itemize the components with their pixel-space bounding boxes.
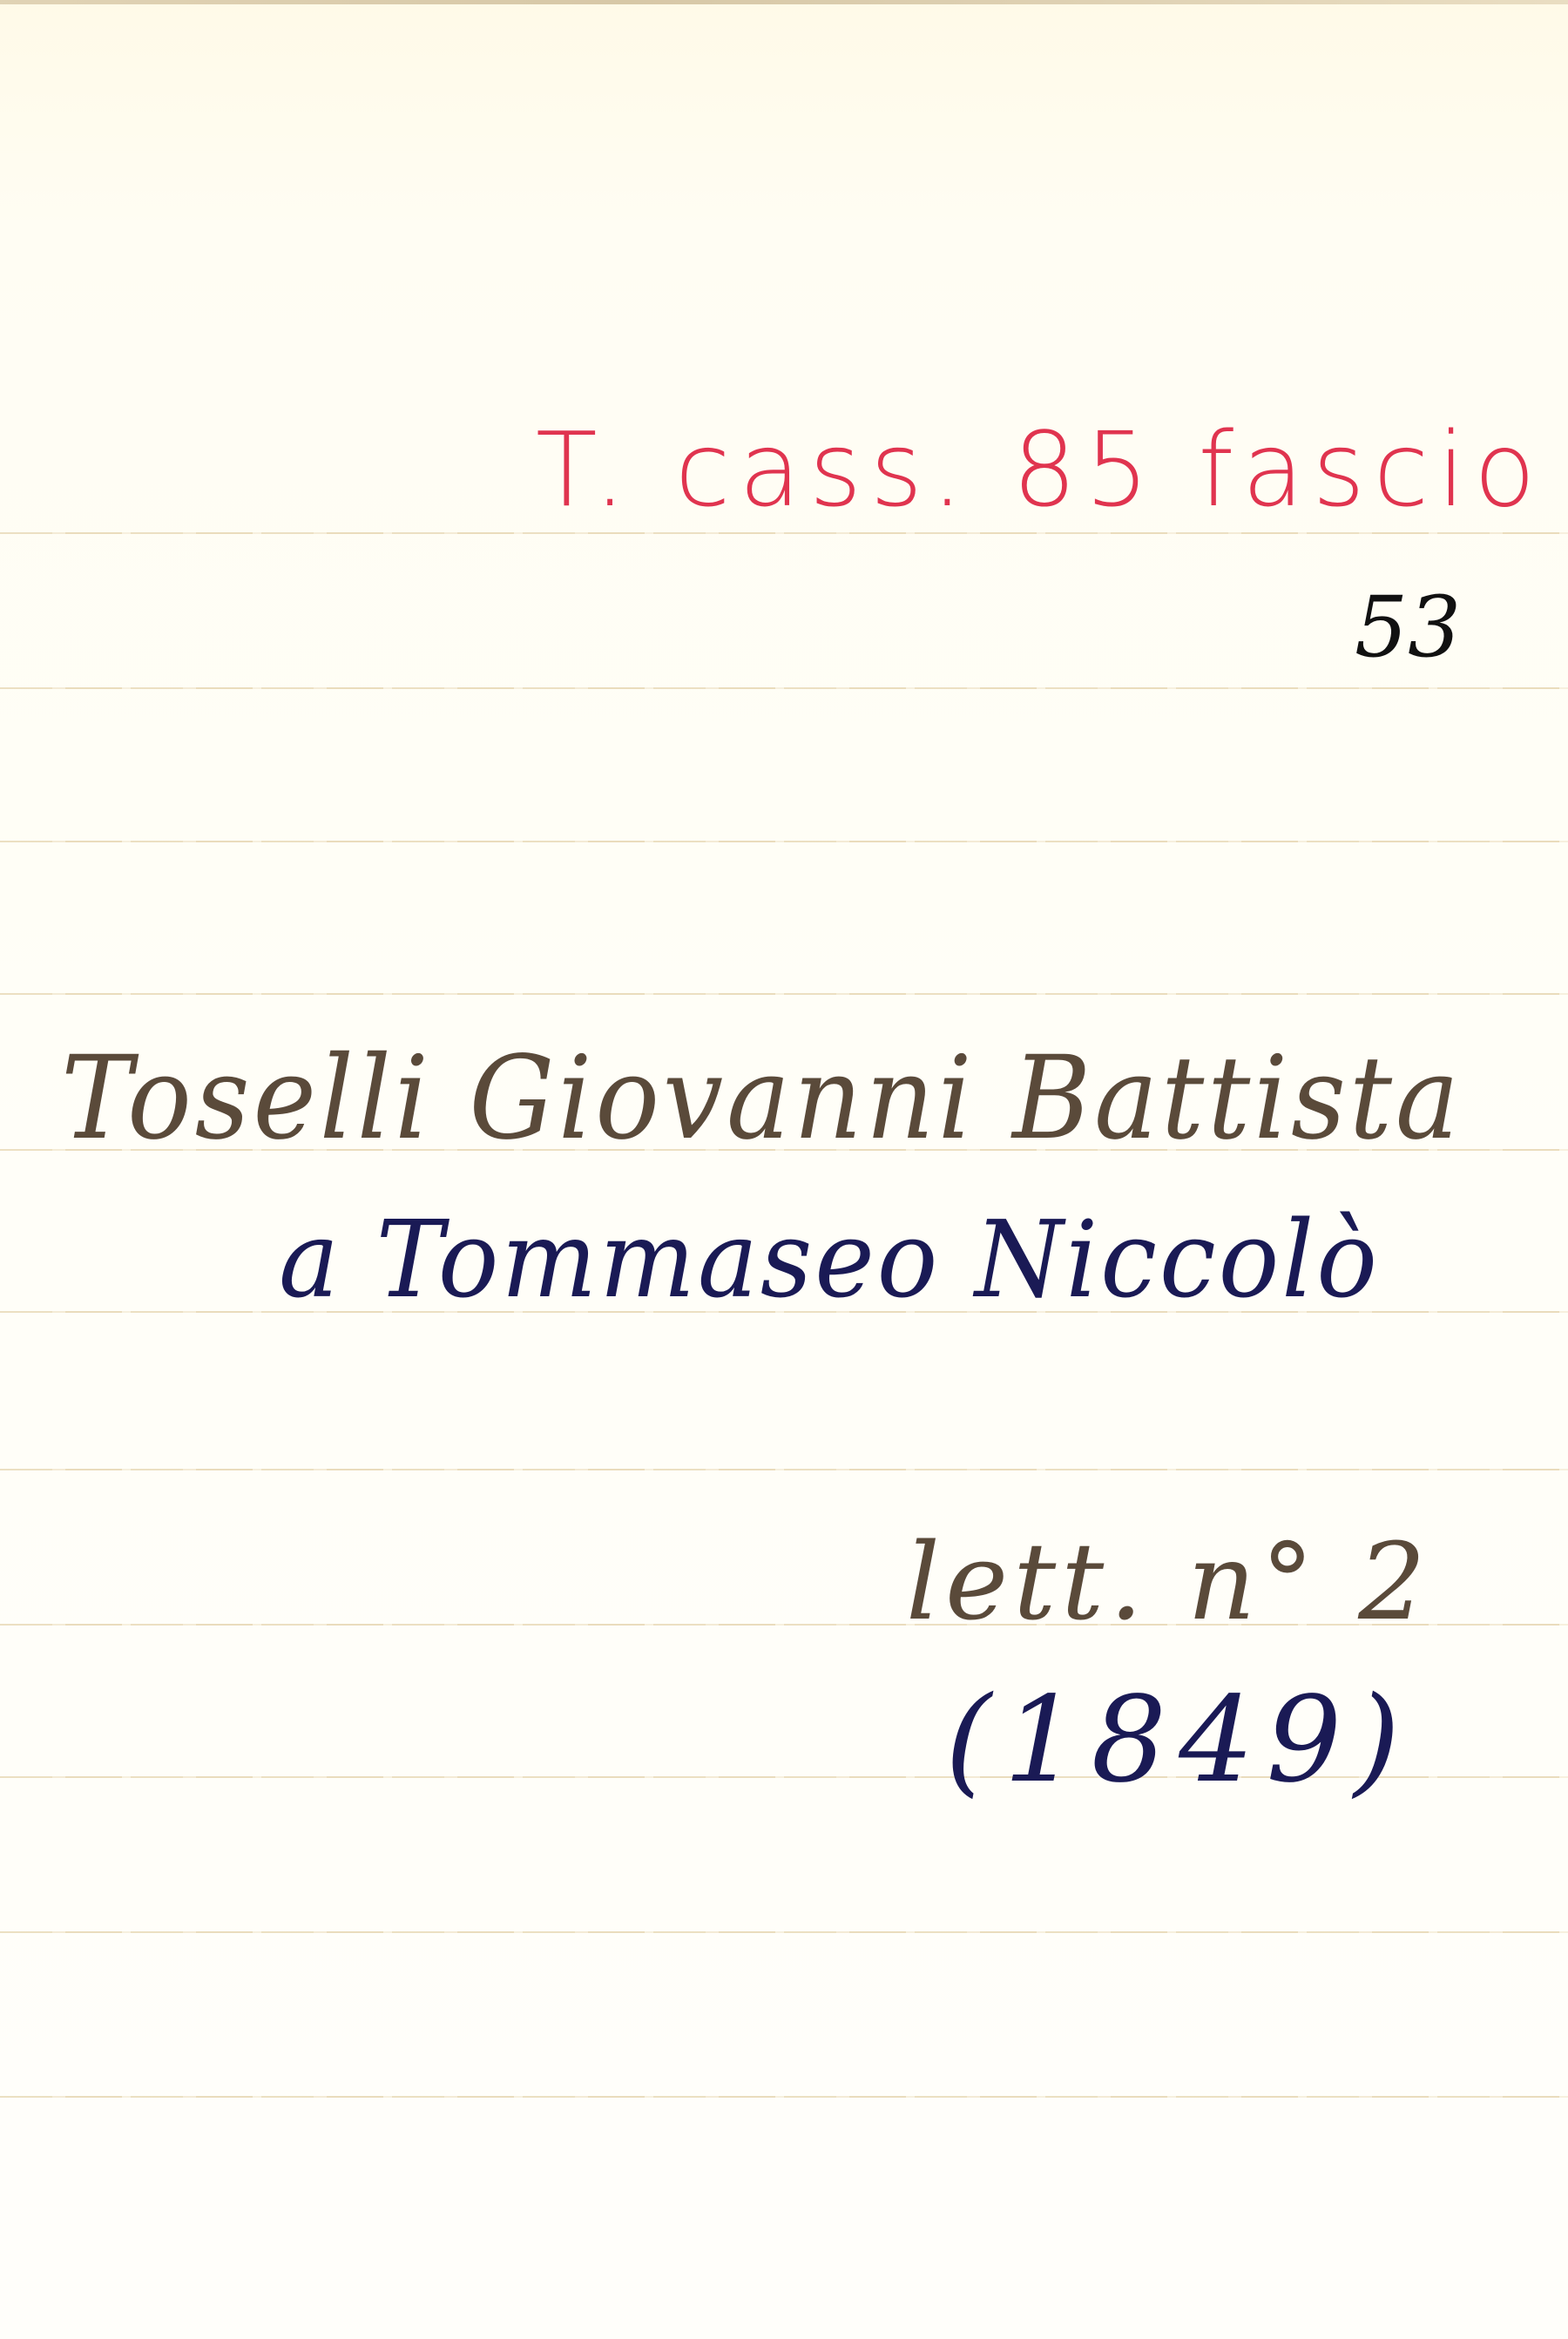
ruled-line [0,993,1568,995]
ruled-line [0,1931,1568,1933]
ruled-line [0,2096,1568,2098]
sender-name: Toselli Giovanni Battista [61,1041,1463,1156]
ruled-line [0,532,1568,534]
card-top-edge [0,0,1568,4]
ruled-line [0,1469,1568,1470]
recipient-name: a Tommaseo Niccolò [279,1207,1380,1313]
archive-reference: T. cass. 85 fascio 140. [536,418,1568,521]
letter-year: (1849) [945,1681,1412,1800]
index-card: T. cass. 85 fascio 140. 53 Toselli Giova… [0,0,1568,2339]
ruled-line [0,687,1568,689]
ruled-line [0,841,1568,842]
letter-count: lett. n° 2 [906,1529,1431,1635]
folder-number: 53 [1355,585,1461,669]
